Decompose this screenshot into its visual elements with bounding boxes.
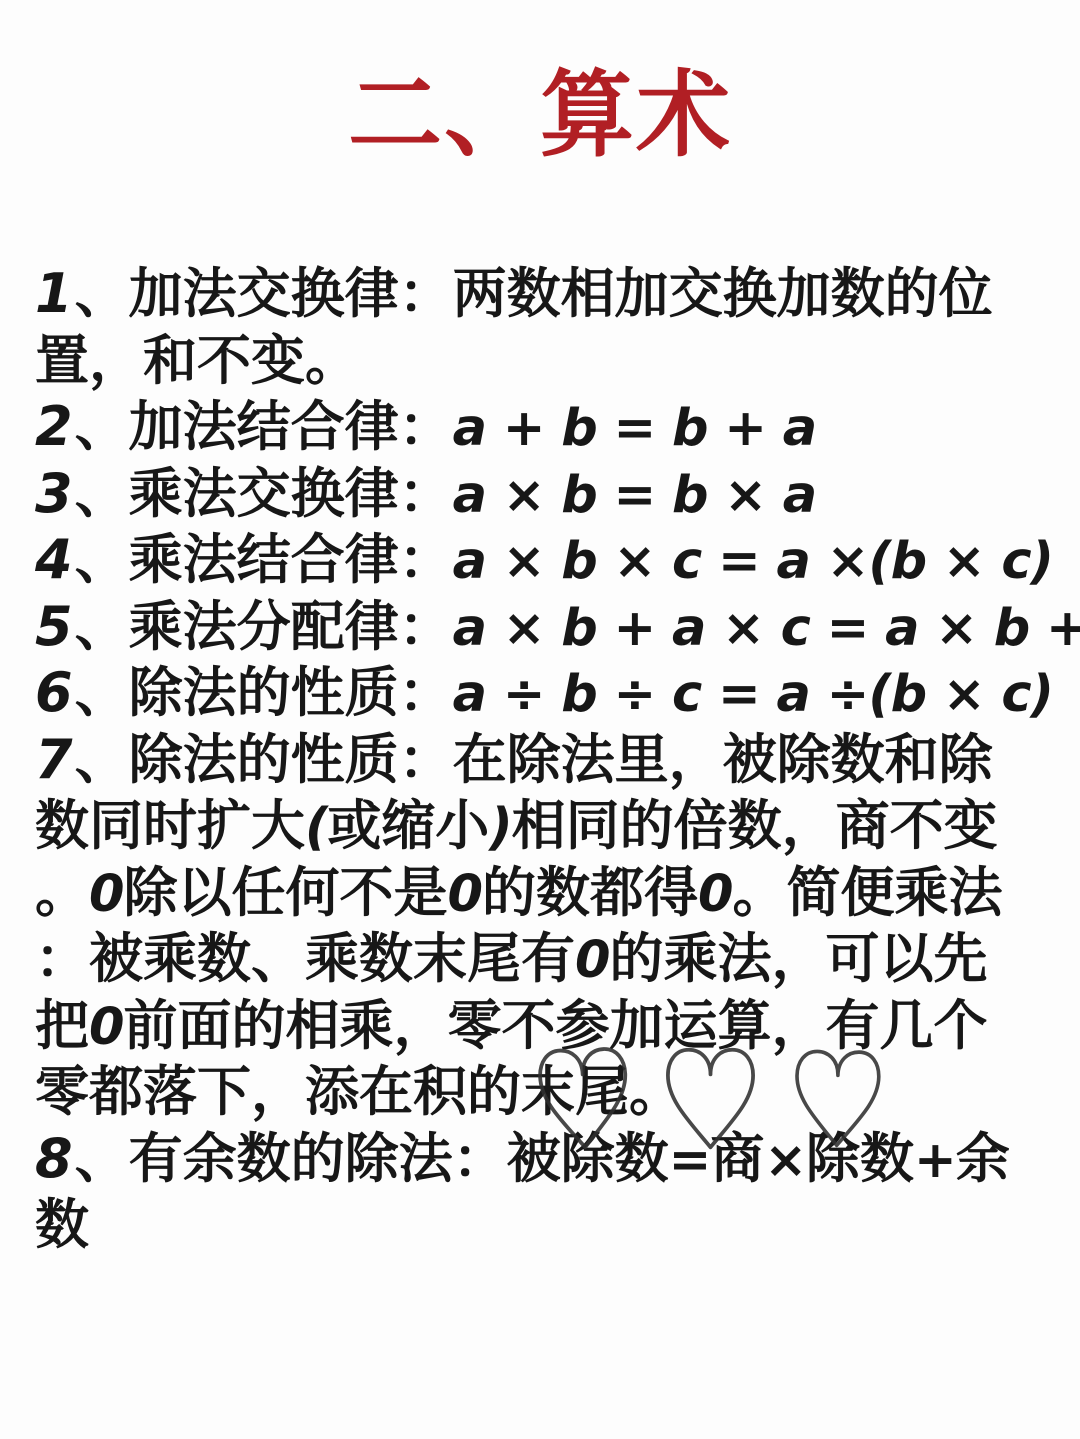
text-line: 1、加法交换律：两数相加交换加数的位: [35, 261, 1062, 328]
body-lines: 1、加法交换律：两数相加交换加数的位置，和不变。2、加法结合律：a + b = …: [35, 261, 1062, 1259]
text-line: 数: [35, 1192, 1062, 1259]
body-text: 、乘法结合律：: [75, 528, 453, 591]
body-text: 数: [35, 1193, 89, 1256]
text-line: 置，和不变。: [35, 328, 1062, 395]
formula-text: a × b + a × c = a × b + c: [453, 599, 1080, 658]
body-text: 前面的相乘，零不参加运算，有几个: [124, 994, 988, 1057]
formula-text: +: [914, 1131, 956, 1190]
formula-text: 0: [575, 931, 610, 990]
item-number: 6: [35, 661, 73, 724]
text-line: 8、有余数的除法：被除数=商×除数+余: [35, 1126, 1062, 1193]
item-number: 8: [35, 1127, 73, 1190]
formula-text: 0: [698, 865, 733, 924]
body-text: ：被乘数、乘数末尾有: [35, 927, 575, 990]
text-line: 3、乘法交换律：a × b = b × a: [35, 461, 1062, 528]
text-line: 数同时扩大(或缩小)相同的倍数，商不变: [35, 793, 1062, 860]
body-text: 商: [710, 1127, 764, 1190]
text-line: 5、乘法分配律：a × b + a × c = a × b + c: [35, 594, 1062, 661]
item-number: 7: [35, 728, 73, 791]
body-text: 或缩小: [327, 794, 489, 857]
body-text: 、乘法分配律：: [75, 595, 453, 658]
formula-text: 0: [89, 998, 124, 1057]
body-text: 把: [35, 994, 89, 1057]
text-line: 7、除法的性质：在除法里，被除数和除: [35, 727, 1062, 794]
body-text: 余: [956, 1127, 1010, 1190]
formula-text: 0: [89, 865, 124, 924]
body-text: 、加法交换律：两数相加交换加数的位: [75, 262, 993, 325]
text-line: 。0除以任何不是0的数都得0。简便乘法: [35, 860, 1062, 927]
text-line: 4、乘法结合律：a × b × c = a ×(b × c): [35, 527, 1062, 594]
item-number: 2: [35, 395, 73, 458]
formula-text: (: [305, 798, 327, 857]
formula-text: a × b = b × a: [453, 466, 817, 525]
body-text: 相同的倍数，商不变: [512, 794, 998, 857]
body-text: 、除法的性质：在除法里，被除数和除: [75, 728, 993, 791]
body-text: 除数: [806, 1127, 914, 1190]
formula-text: ×: [764, 1131, 806, 1190]
body-text: 除以任何不是: [124, 861, 448, 924]
formula-text: =: [669, 1131, 711, 1190]
formula-text: a + b = b + a: [453, 399, 817, 458]
body-text: 的数都得: [482, 861, 698, 924]
body-text: 数同时扩大: [35, 794, 305, 857]
formula-text: 0: [448, 865, 483, 924]
text-line: 零都落下，添在积的末尾。: [35, 1059, 1062, 1126]
body-text: 、有余数的除法：被除数: [75, 1127, 669, 1190]
item-number: 4: [35, 528, 73, 591]
body-text: 、加法结合律：: [75, 395, 453, 458]
body-text: 、乘法交换律：: [75, 462, 453, 525]
formula-text: a × b × c = a ×(b × c): [453, 532, 1053, 591]
text-line: 6、除法的性质：a ÷ b ÷ c = a ÷(b × c): [35, 660, 1062, 727]
page: 二、算术 1、加法交换律：两数相加交换加数的位置，和不变。2、加法结合律：a +…: [0, 0, 1080, 1439]
text-line: 把0前面的相乘，零不参加运算，有几个: [35, 993, 1062, 1060]
item-number: 3: [35, 462, 73, 525]
body-text: 置，和不变。: [35, 329, 359, 392]
page-title: 二、算术: [0, 62, 1080, 170]
body-text: 的乘法，可以先: [610, 927, 988, 990]
body-text: 。: [35, 861, 89, 924]
text-line: 2、加法结合律：a + b = b + a: [35, 394, 1062, 461]
formula-text: ): [489, 798, 511, 857]
text-line: ：被乘数、乘数末尾有0的乘法，可以先: [35, 926, 1062, 993]
item-number: 1: [35, 262, 73, 325]
body-text: 零都落下，添在积的末尾。: [35, 1060, 683, 1123]
item-number: 5: [35, 595, 73, 658]
body-text: 。简便乘法: [733, 861, 1003, 924]
formula-text: a ÷ b ÷ c = a ÷(b × c): [453, 665, 1053, 724]
body-text: 、除法的性质：: [75, 661, 453, 724]
